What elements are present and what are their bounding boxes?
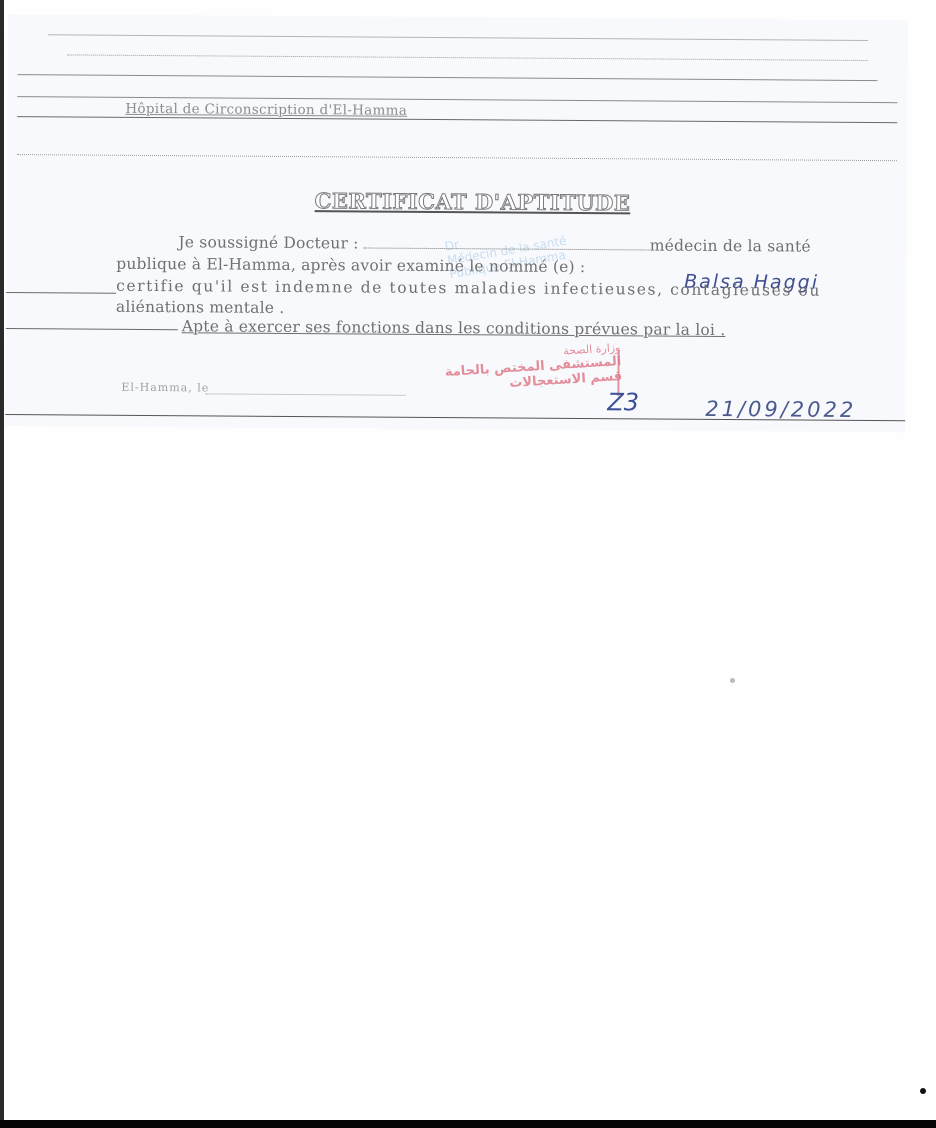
body-line-5: Apte à exercer ses fonctions dans les co… xyxy=(182,317,726,339)
scan-edge xyxy=(0,0,4,1120)
scan-speck xyxy=(730,678,735,683)
certificate-title: CERTIFICAT D'APTITUDE xyxy=(315,188,631,215)
body-line-4: aliénations mentale . xyxy=(116,298,285,317)
doctor-signature: Z3 xyxy=(607,388,639,416)
scan-speck xyxy=(920,1088,926,1094)
doctor-role: médecin de la santé xyxy=(650,236,811,255)
place-date-rule xyxy=(205,393,405,395)
body-line-1: Je soussigné Docteur : médecin de la san… xyxy=(178,233,811,255)
body-line-2: publique à El-Hamma, après avoir examiné… xyxy=(116,255,585,276)
hospital-name: Hôpital de Circonscription d'El-Hamma xyxy=(125,101,407,119)
margin-rule xyxy=(6,292,116,294)
body-line-3: certifie qu'il est indemne de toutes mal… xyxy=(116,277,821,300)
certificate: Hôpital de Circonscription d'El-Hamma CE… xyxy=(5,14,908,432)
doctor-label: Je soussigné Docteur : xyxy=(178,233,358,252)
doctor-name-field xyxy=(364,247,650,250)
patient-label: publique à El-Hamma, après avoir examiné… xyxy=(116,255,585,276)
margin-rule xyxy=(6,328,178,330)
scan-bottom-edge xyxy=(0,1120,936,1128)
header-rule xyxy=(18,74,878,81)
place-date-label: El-Hamma, le xyxy=(121,381,209,395)
red-hospital-stamp: وزارة الصحة المستشفى المختص بالحامة قسم … xyxy=(410,341,622,397)
header-rule xyxy=(48,34,868,41)
scanned-page: Hôpital de Circonscription d'El-Hamma CE… xyxy=(0,0,936,1128)
header-rule xyxy=(68,54,868,61)
header-rule xyxy=(17,116,897,123)
header-rule xyxy=(17,154,897,161)
